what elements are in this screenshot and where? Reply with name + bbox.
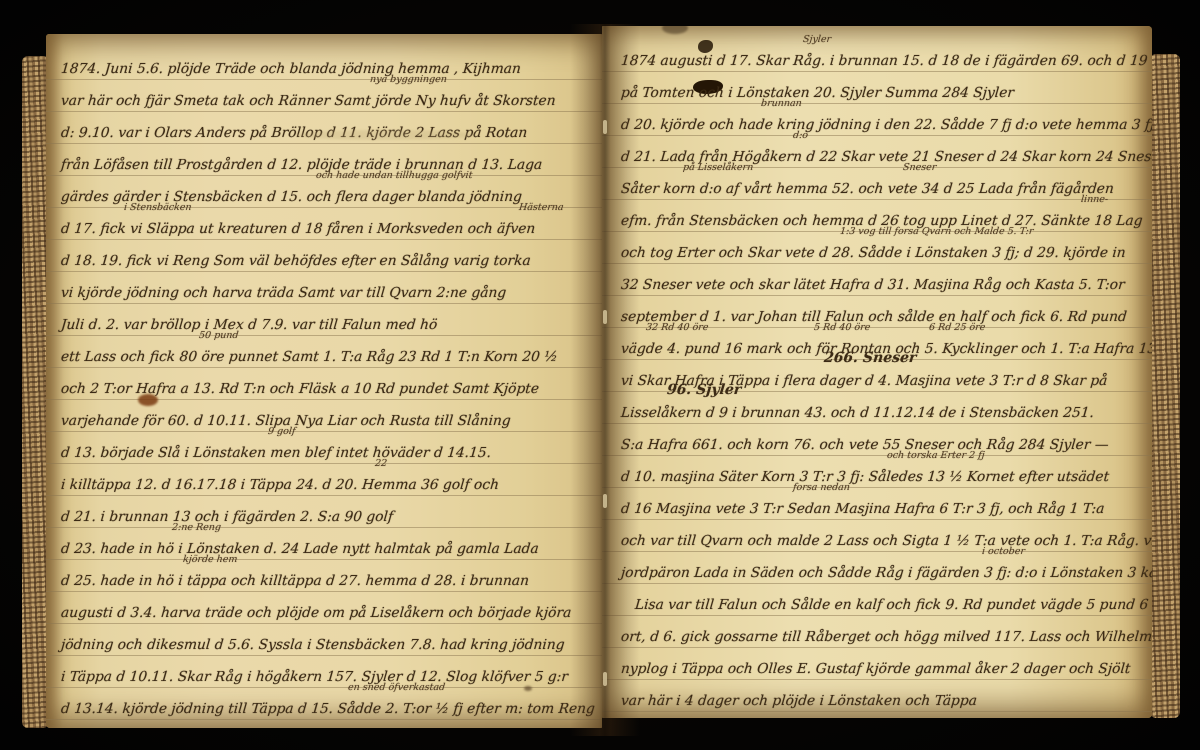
diary-line-text: Juli d. 2. var bröllop i Mex d 7.9. var …: [60, 317, 438, 336]
diary-line: nyplog i Täppa och Olles E. Gustaf kjörd…: [620, 648, 1144, 680]
diary-line-text: vi kjörde jödning och harva träda Samt v…: [60, 285, 507, 304]
diary-line-text: d 16 Masjina vete 3 T:r Sedan Masjina Ha…: [620, 501, 1105, 520]
diary-line: 2:ne Rengd 23. hade in hö i Lönstaken d.…: [60, 528, 594, 560]
interline-annotation: i Stensbäcken: [124, 202, 193, 213]
diary-line: på Tomten och i Lönstaken 20. Sjyler Sum…: [620, 72, 1144, 104]
diary-line: brunnand 20. kjörde och hade kring jödni…: [620, 104, 1144, 136]
interline-annotation: forsa nedan: [792, 482, 850, 493]
diary-line-text: d 25. hade in hö i täppa och killtäppa d…: [60, 573, 530, 592]
interline-annotation: d:o: [792, 130, 808, 141]
left-page: 1874. Juni 5.6. plöjde Träde och blanda …: [46, 34, 602, 728]
interline-annotation: 2:ne Reng: [172, 522, 222, 533]
diary-line-text: d 20. kjörde och hade kring jödning i de…: [620, 117, 1152, 136]
diary-line: varjehande för 60. d 10.11. Slipa Nya Li…: [60, 400, 594, 432]
diary-line-text: S:a Hafra 661. och korn 76. och vete 55 …: [620, 437, 1109, 456]
interline-annotation: och torska Erter 2 fj: [887, 450, 986, 461]
diary-line-text: 32 Sneser vete och skar lätet Hafra d 31…: [620, 277, 1125, 296]
diary-line: kjörde hemd 25. hade in hö i täppa och k…: [60, 560, 594, 592]
interline-annotation: kjörde hem: [182, 554, 238, 565]
diary-line: 9 golfd 13. började Slå i Lönstaken men …: [60, 432, 594, 464]
diary-line: Juli d. 2. var bröllop i Mex d 7.9. var …: [60, 304, 594, 336]
diary-line-text: d 18. 19. fick vi Reng Som väl behöfdes …: [60, 253, 531, 272]
interline-annotation: 96. Sjyler: [666, 382, 742, 398]
diary-line-text: d 23. hade in hö i Lönstaken d. 24 Lade …: [60, 541, 539, 560]
diary-line: 50 pundett Lass och fick 80 öre punnet S…: [60, 336, 594, 368]
diary-line: en sned öfverkastadd 13.14. kjörde jödni…: [60, 688, 594, 720]
diary-line: på LisselåkernSneserSåter korn d:o af vå…: [620, 168, 1144, 200]
diary-line: d 18. 19. fick vi Reng Som väl behöfdes …: [60, 240, 594, 272]
diary-line: 1874. Juni 5.6. plöjde Träde och blanda …: [60, 48, 594, 80]
interline-annotation: 22: [374, 458, 387, 469]
diary-line-text: Såter korn d:o af vårt hemma 52. och vet…: [620, 181, 1115, 200]
interline-annotation: på Lisselåkern: [682, 162, 753, 173]
right-page: Sjyler1874 augusti d 17. Skar Råg. i bru…: [602, 26, 1152, 718]
diary-line: S:a Hafra 661. och korn 76. och vete 55 …: [620, 424, 1144, 456]
diary-line: 22i killtäppa 12. d 16.17.18 i Täppa 24.…: [60, 464, 594, 496]
stitching: [603, 120, 607, 134]
stain: [662, 26, 688, 34]
diary-line: Lisa var till Falun och Sålde en kalf oc…: [620, 584, 1144, 616]
diary-line: och var till Qvarn och malde 2 Lass och …: [620, 520, 1144, 552]
interline-annotation: 1:3 vog till forsa Qvarn och Malde 5. T:…: [840, 226, 1035, 237]
diary-line: i octoberjordpäron Lada in Säden och Såd…: [620, 552, 1144, 584]
diary-line-text: ort, d 6. gick gossarne till Råberget oc…: [620, 629, 1152, 648]
interline-annotation: 6 Rd 25 öre: [929, 322, 986, 333]
diary-line-text: i Täppa d 10.11. Skar Råg i högåkern 157…: [60, 669, 569, 688]
right-page-edges: [1150, 54, 1180, 718]
diary-line-text: d 10. masjina Säter Korn 3 T:r 3 fj: Sål…: [620, 469, 1110, 488]
interline-annotation: 32 Rd 40 öre: [646, 322, 710, 333]
stain: [296, 130, 476, 140]
stain: [138, 394, 158, 406]
interline-annotation: Sjyler: [803, 34, 832, 45]
diary-line: d: 9.10. var i Olars Anders på Bröllop d…: [60, 112, 594, 144]
diary-line-text: på Tomten och i Lönstaken 20. Sjyler Sum…: [620, 85, 1015, 104]
diary-line: 1:3 vog till forsa Qvarn och Malde 5. T:…: [620, 232, 1144, 264]
diary-line-text: i killtäppa 12. d 16.17.18 i Täppa 24. d…: [60, 477, 500, 496]
interline-annotation: nya byggningen: [369, 74, 447, 85]
diary-line: ort, d 6. gick gossarne till Råberget oc…: [620, 616, 1144, 648]
interline-annotation: en sned öfverkastad: [348, 682, 446, 693]
diary-line: 96. SjylerLisselåkern d 9 i brunnan 43. …: [620, 392, 1144, 424]
diary-line-text: och var till Qvarn och malde 2 Lass och …: [620, 533, 1152, 552]
diary-line-text: var här i 4 dager och plöjde i Lönstaken…: [620, 693, 978, 712]
diary-line: jödning och dikesmul d 5.6. Syssla i Ste…: [60, 624, 594, 656]
diary-line-text: d 13.14. kjörde jödning till Täppa d 15.…: [60, 701, 596, 720]
stain: [524, 686, 532, 691]
diary-line-text: 1874. Juni 5.6. plöjde Träde och blanda …: [60, 61, 522, 80]
left-page-edges: [22, 56, 49, 728]
interline-annotation: 5 Rd 40 öre: [813, 322, 870, 333]
diary-line-text: och tog Erter och Skar vete d 28. Sådde …: [620, 245, 1126, 264]
diary-line: och torska Erter 2 fjd 10. masjina Säter…: [620, 456, 1144, 488]
interline-annotation: 50 pund: [198, 330, 239, 341]
diary-line-text: ett Lass och fick 80 öre punnet Samt 1. …: [60, 349, 558, 368]
diary-line-text: Lisselåkern d 9 i brunnan 43. och d 11.1…: [620, 405, 1095, 424]
diary-line: vi kjörde jödning och harva träda Samt v…: [60, 272, 594, 304]
diary-book: 1874. Juni 5.6. plöjde Träde och blanda …: [22, 24, 1184, 736]
diary-line-text: d 17. fick vi Släppa ut kreaturen d 18 f…: [60, 221, 536, 240]
diary-line-text: d 13. började Slå i Lönstaken men blef i…: [60, 445, 492, 464]
diary-line-text: nyplog i Täppa och Olles E. Gustaf kjörd…: [620, 661, 1131, 680]
interline-annotation: linne-: [1081, 194, 1109, 205]
interline-annotation: Hästerna: [519, 202, 565, 213]
diary-line: 32 Sneser vete och skar lätet Hafra d 31…: [620, 264, 1144, 296]
diary-line: i Täppa d 10.11. Skar Råg i högåkern 157…: [60, 656, 594, 688]
interline-annotation: Sneser: [902, 162, 936, 173]
diary-line: forsa nedand 16 Masjina vete 3 T:r Sedan…: [620, 488, 1144, 520]
stitching: [603, 310, 607, 324]
stitching: [603, 494, 607, 508]
left-page-lines: 1874. Juni 5.6. plöjde Träde och blanda …: [60, 48, 594, 720]
interline-annotation: och hade undan tillhugga golfvit: [316, 170, 474, 181]
diary-line-text: augusti d 3.4. harva träde och plöjde om…: [60, 605, 572, 624]
diary-line: nya byggningenvar här och fjär Smeta tak…: [60, 80, 594, 112]
diary-line: augusti d 3.4. harva träde och plöjde om…: [60, 592, 594, 624]
interline-annotation: i october: [981, 546, 1025, 557]
right-page-lines: Sjyler1874 augusti d 17. Skar Råg. i bru…: [620, 40, 1144, 712]
diary-line-text: 1874 augusti d 17. Skar Råg. i brunnan 1…: [620, 53, 1152, 72]
diary-line: i StensbäckenHästernad 17. fick vi Släpp…: [60, 208, 594, 240]
diary-line-text: d 21. i brunnan 13 och i fägärden 2. S:a…: [60, 509, 394, 528]
stitching: [603, 672, 607, 686]
diary-line-text: och 2 T:or Hafra a 13. Rd T:n och Fläsk …: [60, 381, 540, 400]
diary-line: var här i 4 dager och plöjde i Lönstaken…: [620, 680, 1144, 712]
photo-background: 1874. Juni 5.6. plöjde Träde och blanda …: [0, 0, 1200, 750]
interline-annotation: brunnan: [761, 98, 803, 109]
diary-line-text: jordpäron Lada in Säden och Sådde Råg i …: [620, 565, 1152, 584]
diary-line-text: Lisa var till Falun och Sålde en kalf oc…: [634, 597, 1149, 616]
interline-annotation: 266. Sneser: [824, 350, 918, 366]
interline-annotation: 9 golf: [268, 426, 297, 437]
diary-line-text: jödning och dikesmul d 5.6. Syssla i Ste…: [60, 637, 565, 656]
diary-line: d 21. i brunnan 13 och i fägärden 2. S:a…: [60, 496, 594, 528]
diary-line-text: var här och fjär Smeta tak och Ränner Sa…: [60, 93, 556, 112]
